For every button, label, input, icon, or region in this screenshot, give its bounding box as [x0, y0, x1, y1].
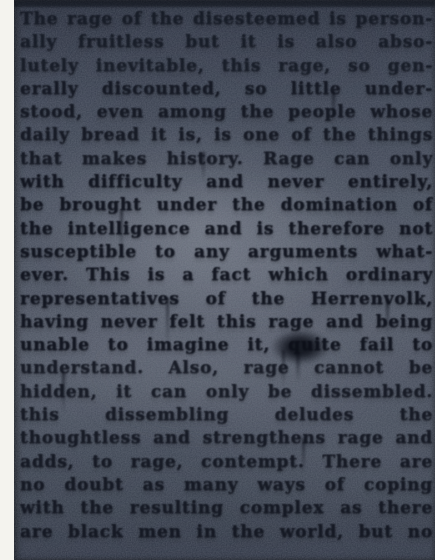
text-line: with difficulty and never entirely, — [20, 171, 433, 194]
text-line: this dissembling deludes the — [20, 404, 433, 427]
text-line: stood, even among the people whose — [20, 101, 433, 124]
text-line: representatives of the Herrenvolk, — [20, 288, 433, 311]
text-line: that makes history. Rage can only — [20, 148, 433, 171]
stencil-text-block: The rage of the disesteemed is person-al… — [14, 0, 435, 560]
text-line: lutely inevitable, this rage, so gen- — [20, 55, 433, 78]
text-line: daily bread it is, is one of the things — [20, 124, 433, 147]
text-line: unable to imagine it, quite fail to — [20, 334, 433, 357]
text-line: adds, to rage, contempt. There are — [20, 451, 433, 474]
text-line: susceptible to any arguments what- — [20, 241, 433, 264]
text-line: no doubt as many ways of coping — [20, 474, 433, 497]
text-line: ally fruitless but it is also abso- — [20, 31, 433, 54]
text-line: understand. Also, rage cannot be — [20, 357, 433, 380]
text-line: The rage of the disesteemed is person- — [20, 8, 433, 31]
text-line: thoughtless and strengthens rage and — [20, 427, 433, 450]
photo-white-edge — [0, 0, 14, 560]
text-line: hidden, it can only be dissembled. — [20, 381, 433, 404]
text-line: with the resulting complex as there — [20, 497, 433, 520]
artwork-photo: The rage of the disesteemed is person-al… — [0, 0, 435, 560]
text-line: the intelligence and is therefore not — [20, 218, 433, 241]
text-line: be brought under the domination of — [20, 194, 433, 217]
text-line: ever. This is a fact which ordinary — [20, 264, 433, 287]
top-shadow-band — [14, 0, 435, 7]
text-line: are black men in the world, but no — [20, 521, 433, 544]
text-line: erally discounted, so little under- — [20, 78, 433, 101]
painting-canvas: The rage of the disesteemed is person-al… — [14, 0, 435, 560]
text-line: having never felt this rage and being — [20, 311, 433, 334]
